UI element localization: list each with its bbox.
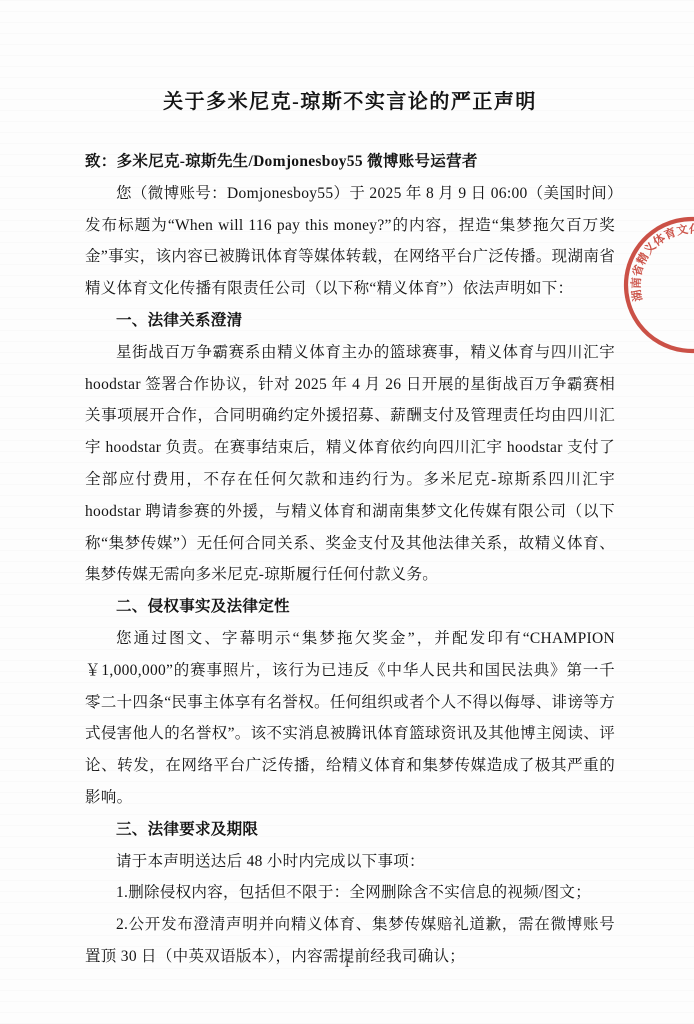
intro-paragraph: 您（微博账号：Domjonesboy55）于 2025 年 8 月 9 日 06…: [85, 178, 615, 305]
document-page: 关于多米尼克-琼斯不实言论的严正声明 致：多米尼克-琼斯先生/Domjonesb…: [0, 0, 694, 1024]
section-3-heading: 三、法律要求及期限: [85, 814, 615, 846]
seal-ring: [617, 210, 694, 359]
page-number: 1: [0, 956, 694, 971]
section-1-body: 星街战百万争霸赛系由精义体育主办的篮球赛事，精义体育与四川汇宇 hoodstar…: [85, 337, 615, 591]
document-title: 关于多米尼克-琼斯不实言论的严正声明: [85, 88, 615, 116]
document-body: 关于多米尼克-琼斯不实言论的严正声明 致：多米尼克-琼斯先生/Domjonesb…: [85, 0, 615, 973]
seal-company-text: 湖南省精义体育文化传播有限责任公司: [626, 213, 694, 319]
section-2-heading: 二、侵权事实及法律定性: [85, 591, 615, 623]
section-2-body: 您通过图文、字幕明示“集梦拖欠奖金”，并配发印有“CHAMPION ￥1,000…: [85, 623, 615, 814]
recipient-line: 致：多米尼克-琼斯先生/Domjonesboy55 微博账号运营者: [85, 146, 615, 178]
requirement-item-1: 1.删除侵权内容，包括但不限于：全网删除含不实信息的视频/图文；: [85, 877, 615, 909]
section-3-intro: 请于本声明送达后 48 小时内完成以下事项：: [85, 846, 615, 878]
section-1-heading: 一、法律关系澄清: [85, 305, 615, 337]
